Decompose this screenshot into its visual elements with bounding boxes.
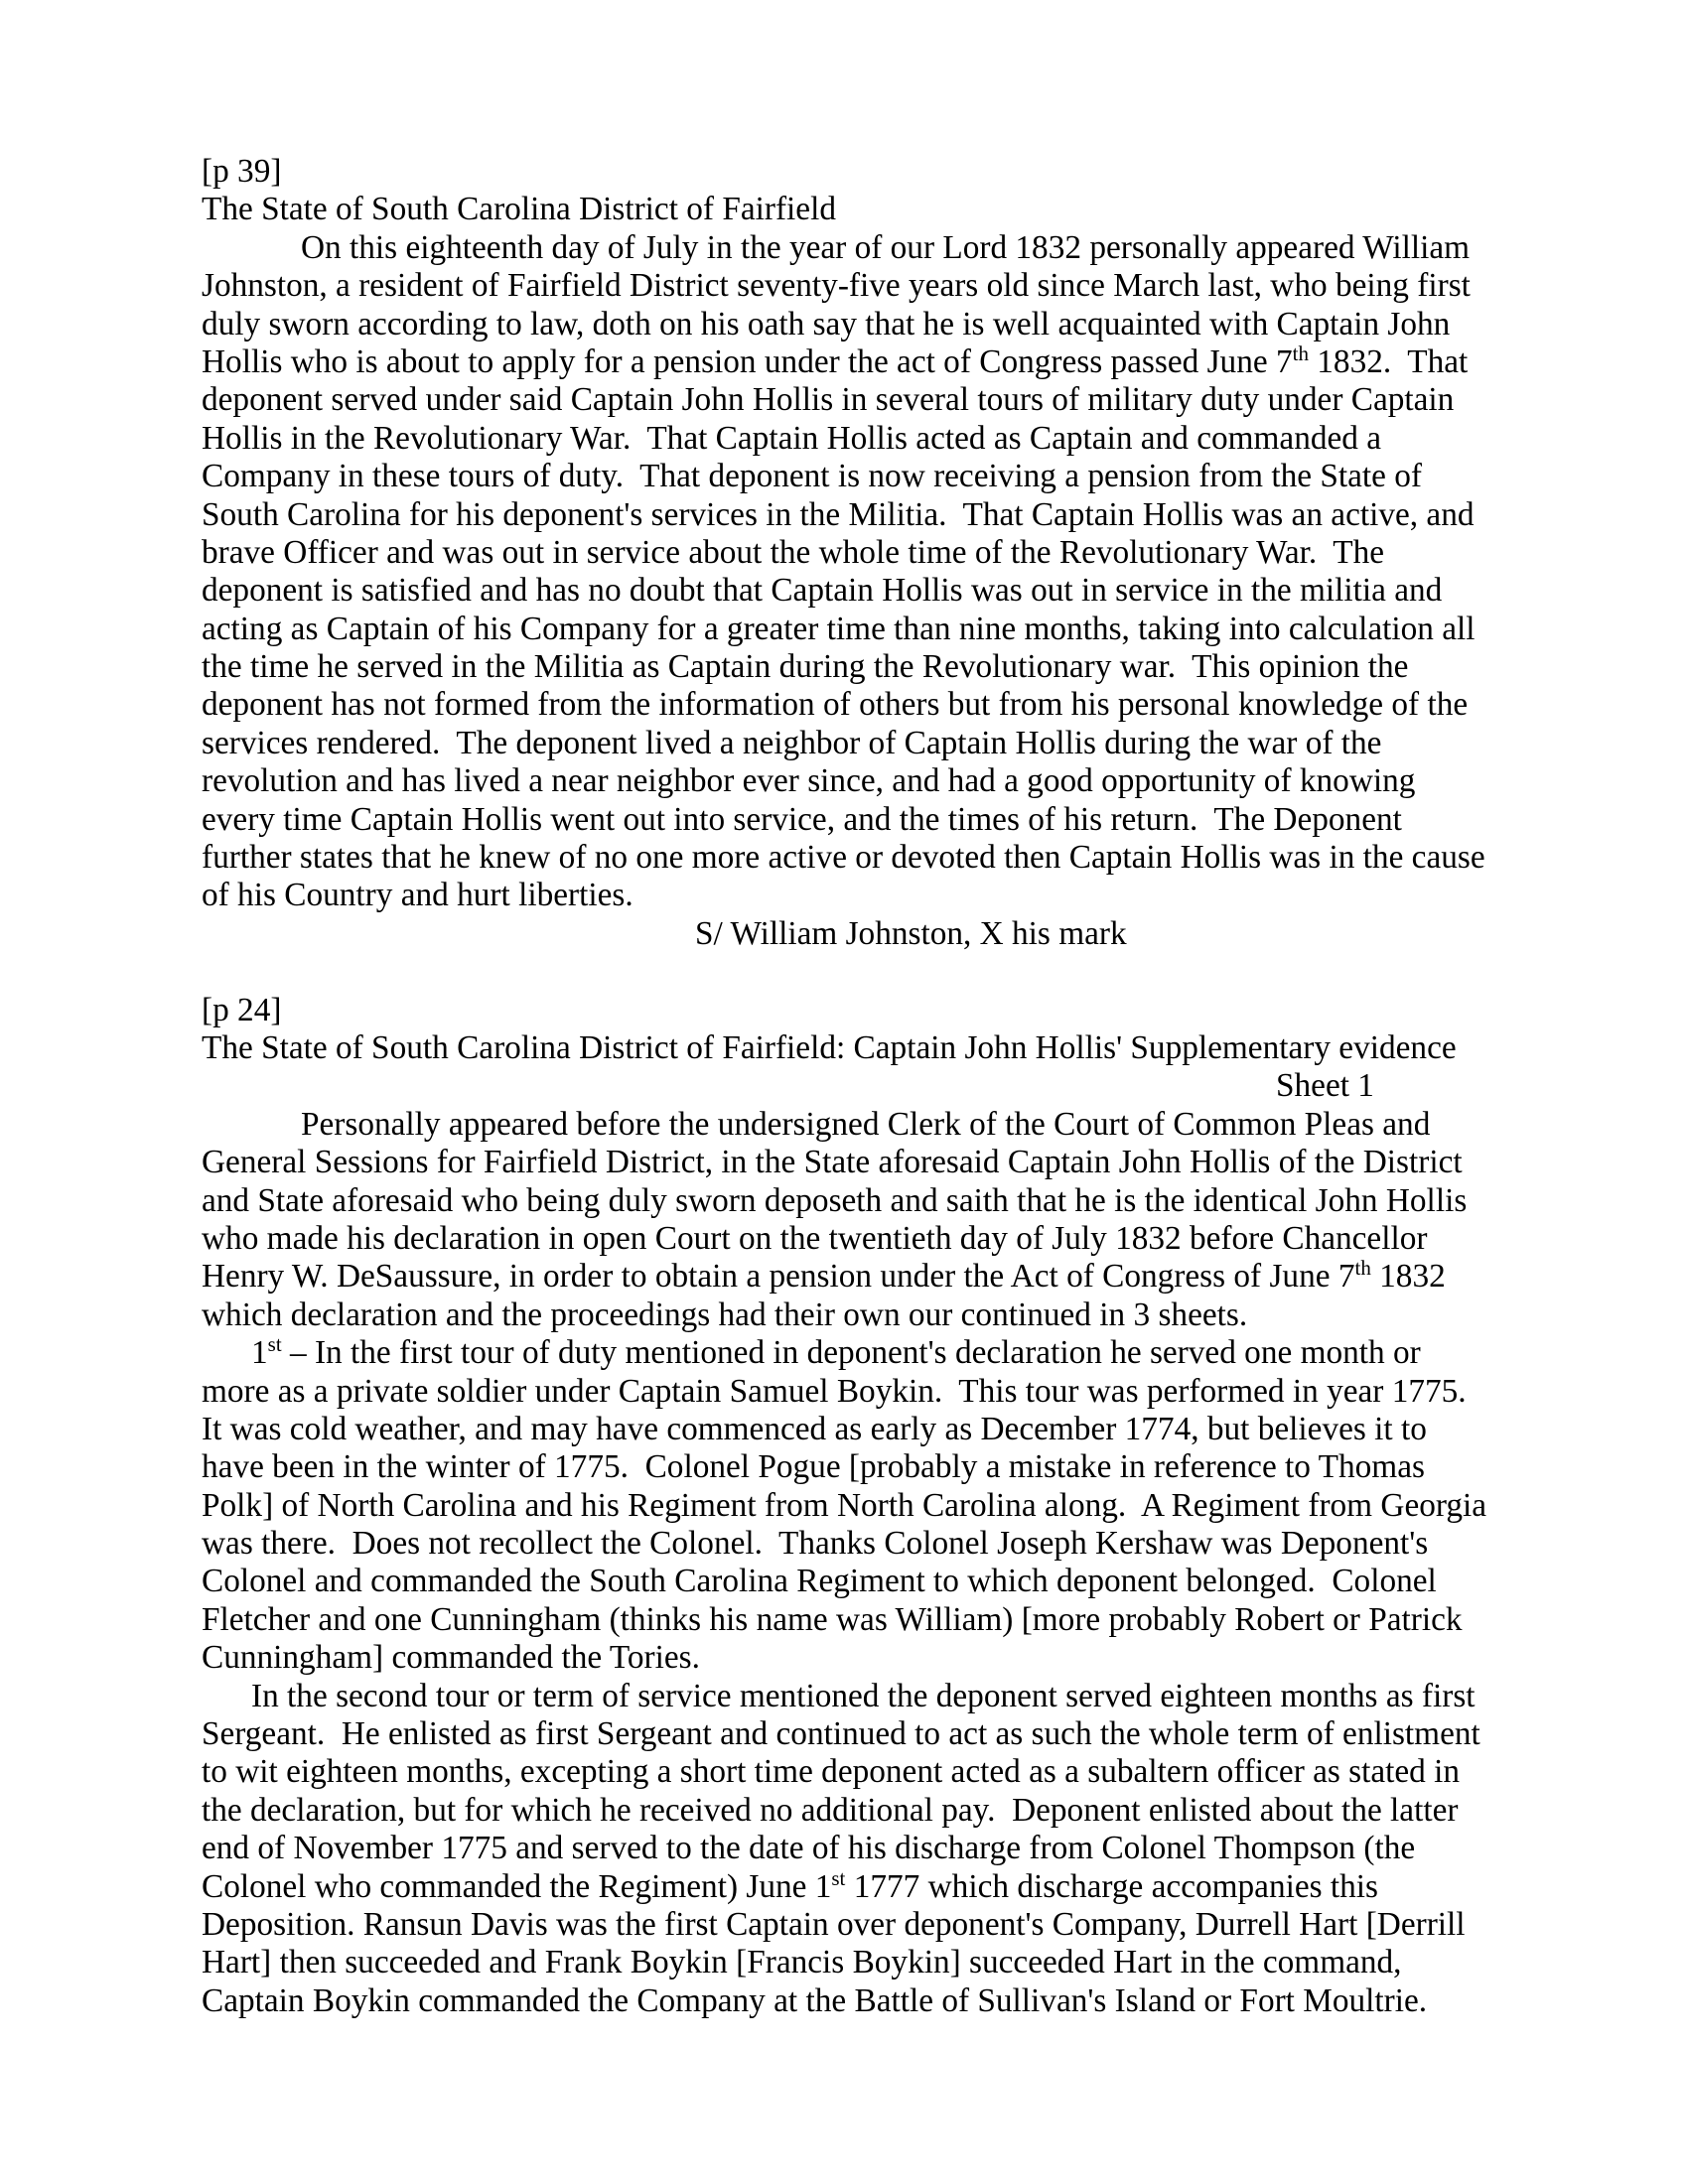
text-line: Johnston, a resident of Fairfield Distri…: [202, 267, 1512, 305]
text-line: who made his declaration in open Court o…: [202, 1220, 1512, 1258]
text-line: brave Officer and was out in service abo…: [202, 534, 1512, 572]
text-line: On this eighteenth day of July in the ye…: [202, 229, 1512, 267]
text-line: and State aforesaid who being duly sworn…: [202, 1182, 1512, 1220]
text-line: General Sessions for Fairfield District,…: [202, 1144, 1512, 1181]
spacer: [202, 953, 1512, 991]
text-line: It was cold weather, and may have commen…: [202, 1411, 1512, 1448]
text-line: was there. Does not recollect the Colone…: [202, 1525, 1512, 1563]
text-line: the time he served in the Militia as Cap…: [202, 648, 1512, 686]
text-line: end of November 1775 and served to the d…: [202, 1830, 1512, 1867]
text-line: services rendered. The deponent lived a …: [202, 725, 1512, 762]
text-fragment: 1832. That: [1309, 343, 1468, 380]
text-line: Henry W. DeSaussure, in order to obtain …: [202, 1258, 1512, 1296]
text-fragment: 1832: [1371, 1258, 1446, 1295]
text-line: deponent has not formed from the informa…: [202, 686, 1512, 724]
text-fragment: 1: [251, 1334, 268, 1371]
section-p39: [p 39] The State of South Carolina Distr…: [202, 153, 1512, 953]
text-fragment: Colonel who commanded the Regiment) June…: [202, 1868, 831, 1905]
superscript: th: [1293, 341, 1309, 365]
page-reference: [p 39]: [202, 153, 1512, 191]
text-line: deponent served under said Captain John …: [202, 381, 1512, 419]
text-line: every time Captain Hollis went out into …: [202, 801, 1512, 839]
section-p24: [p 24] The State of South Carolina Distr…: [202, 992, 1512, 2021]
text-line: Captain Boykin commanded the Company at …: [202, 1982, 1512, 2020]
text-line: Hart] then succeeded and Frank Boykin [F…: [202, 1944, 1512, 1981]
text-line: Company in these tours of duty. That dep…: [202, 458, 1512, 495]
section-heading: The State of South Carolina District of …: [202, 191, 1512, 228]
text-line: which declaration and the proceedings ha…: [202, 1297, 1512, 1334]
text-line: acting as Captain of his Company for a g…: [202, 611, 1512, 648]
text-line: Fletcher and one Cunningham (thinks his …: [202, 1601, 1512, 1639]
document-page: [p 39] The State of South Carolina Distr…: [0, 0, 1688, 2184]
text-line: 1st – In the first tour of duty mentione…: [202, 1334, 1512, 1372]
superscript: st: [268, 1332, 282, 1356]
text-line: deponent is satisfied and has no doubt t…: [202, 572, 1512, 610]
document-body: [p 39] The State of South Carolina Distr…: [202, 153, 1512, 2020]
text-line: of his Country and hurt liberties.: [202, 877, 1512, 914]
text-line: Sergeant. He enlisted as first Sergeant …: [202, 1715, 1512, 1753]
section-heading: The State of South Carolina District of …: [202, 1029, 1512, 1067]
superscript: th: [1354, 1256, 1370, 1280]
paragraph-appearance: Personally appeared before the undersign…: [202, 1106, 1512, 1334]
page-reference: [p 24]: [202, 992, 1512, 1029]
text-line: Hollis who is about to apply for a pensi…: [202, 343, 1512, 381]
text-line: to wit eighteen months, excepting a shor…: [202, 1753, 1512, 1791]
text-fragment: – In the first tour of duty mentioned in…: [282, 1334, 1421, 1371]
text-line: further states that he knew of no one mo…: [202, 839, 1512, 877]
signature: S/ William Johnston, X his mark: [202, 915, 1512, 953]
text-line: South Carolina for his deponent's servic…: [202, 496, 1512, 534]
text-fragment: Hollis who is about to apply for a pensi…: [202, 343, 1293, 380]
text-line: revolution and has lived a near neighbor…: [202, 762, 1512, 800]
paragraph-first-tour: 1st – In the first tour of duty mentione…: [202, 1334, 1512, 1678]
paragraph-second-tour: In the second tour or term of service me…: [202, 1678, 1512, 2021]
text-line: have been in the winter of 1775. Colonel…: [202, 1448, 1512, 1486]
text-line: Cunningham] commanded the Tories.: [202, 1639, 1512, 1677]
text-fragment: 1777 which discharge accompanies this: [845, 1868, 1378, 1905]
text-line: duly sworn according to law, doth on his…: [202, 306, 1512, 343]
text-line: Hollis in the Revolutionary War. That Ca…: [202, 420, 1512, 458]
sheet-label: Sheet 1: [202, 1067, 1512, 1105]
text-line: the declaration, but for which he receiv…: [202, 1792, 1512, 1830]
text-line: more as a private soldier under Captain …: [202, 1373, 1512, 1411]
text-line: Personally appeared before the undersign…: [202, 1106, 1512, 1144]
deposition-paragraph: On this eighteenth day of July in the ye…: [202, 229, 1512, 915]
text-line: Polk] of North Carolina and his Regiment…: [202, 1487, 1512, 1525]
text-line: Colonel who commanded the Regiment) June…: [202, 1868, 1512, 1906]
superscript: st: [831, 1866, 845, 1890]
text-line: In the second tour or term of service me…: [202, 1678, 1512, 1715]
text-line: Deposition. Ransun Davis was the first C…: [202, 1906, 1512, 1944]
text-fragment: Henry W. DeSaussure, in order to obtain …: [202, 1258, 1354, 1295]
text-line: Colonel and commanded the South Carolina…: [202, 1563, 1512, 1600]
